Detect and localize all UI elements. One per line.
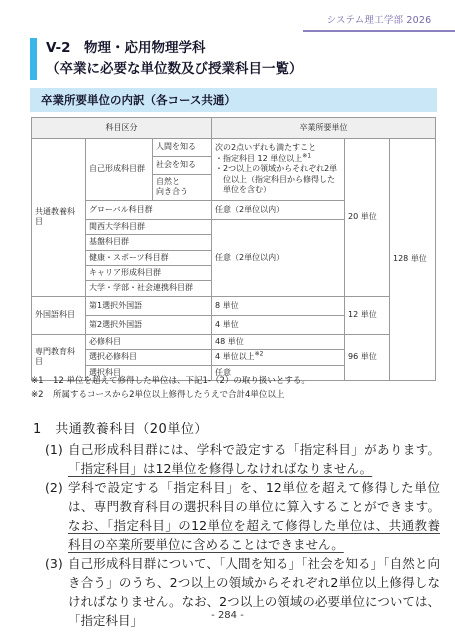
cell-foreign-second-requirement: 4 単位 — [212, 315, 345, 334]
table-row: 共通教養科目 自己形成科目群 人間を知る 次の2点いずれも満たすこと ・指定科目… — [32, 139, 436, 157]
cell-foreign-second: 第2選択外国語 — [86, 315, 212, 334]
footnote-2: ※2 所属するコースから2単位以上修得したうえで合計4単位以上 — [31, 388, 437, 402]
self-req-item1: ・指定科目 12 単位以上※1 — [215, 154, 341, 164]
title-line-1: V-2 物理・応用物理学科 — [46, 38, 303, 59]
cell-common-subtotal: 20 単位 — [345, 139, 390, 297]
table-row: 専門教育科目 必修科目 48 単位 96 単位 — [32, 334, 436, 349]
cell-grand-total: 128 単位 — [390, 139, 436, 381]
section-banner: 卒業所要単位の内訳（各コース共通） — [30, 88, 437, 112]
table-row: 外国語科目 第1選択外国語 8 単位 12 単位 — [32, 296, 436, 315]
credits-table: 科目区分 卒業所要単位 共通教養科目 自己形成科目群 人間を知る 次の2点いずれ… — [31, 117, 436, 381]
paragraph-1: (1)自己形成科目群には、学科で設定する「指定科目」があります。「指定科目」は1… — [30, 440, 440, 478]
cell-global-requirement: 任意（2単位以内） — [212, 200, 345, 219]
footnote-1-marker: ※1 — [31, 374, 53, 388]
title-line-2: （卒業に必要な単位数及び授業科目一覧） — [46, 59, 303, 80]
cell-foreign-first-requirement: 8 単位 — [212, 296, 345, 315]
cell-health-group: 健康・スポーツ科目群 — [86, 250, 212, 265]
cell-required-sub: 必修科目 — [86, 334, 212, 349]
self-req-line1: 次の2点いずれも満たすこと — [215, 143, 341, 153]
paragraph-3-number: (3) — [45, 554, 63, 573]
footnote-1-text: 12 単位を超えて修得した単位は、下記1-（2）の取り扱いとする。 — [53, 374, 310, 388]
department-title: V-2 物理・応用物理学科 （卒業に必要な単位数及び授業科目一覧） — [46, 38, 303, 80]
footnote-2-text: 所属するコースから2単位以上修得したうえで合計4単位以上 — [53, 388, 284, 402]
paragraph-2-underlined-text: なお、「指定科目」の12単位を超えて修得した単位は、共通教養科目の卒業所要単位に… — [68, 518, 440, 552]
cell-required-requirement: 48 単位 — [212, 334, 345, 349]
title-accent-bar — [30, 38, 37, 80]
header-required-units: 卒業所要単位 — [212, 118, 436, 139]
self-req-item2: ・2つ以上の領域からそれぞれ2単位以上（指定科目から修得した単位を含む） — [215, 164, 341, 195]
cell-domain-society: 社会を知る — [153, 157, 212, 175]
paragraph-1-text: 自己形成科目群には、学科で設定する「指定科目」があります。 — [68, 442, 440, 457]
cell-self-formation-group: 自己形成科目群 — [86, 139, 153, 201]
cell-foundation-group: 基盤科目群 — [86, 235, 212, 250]
table-footnotes: ※1 12 単位を超えて修得した単位は、下記1-（2）の取り扱いとする。 ※2 … — [31, 374, 437, 402]
cell-foreign-subtotal: 12 単位 — [345, 296, 390, 334]
cell-foreign-category: 外国語科目 — [32, 296, 86, 334]
table-header-row: 科目区分 卒業所要単位 — [32, 118, 436, 139]
document-page: システム理工学部 2026 V-2 物理・応用物理学科 （卒業に必要な単位数及び… — [0, 0, 455, 644]
cell-other-groups-requirement: 任意（2単位以内） — [212, 219, 345, 296]
cell-elective-required-sub: 選択必修科目 — [86, 350, 212, 365]
paragraph-2-text: 学科で設定する「指定科目」を、12単位を超えて修得した単位は、専門教育科目の選択… — [68, 480, 440, 514]
cell-kansai-group: 関西大学科目群 — [86, 219, 212, 234]
cell-career-group: キャリア形成科目群 — [86, 265, 212, 280]
cell-self-formation-requirement: 次の2点いずれも満たすこと ・指定科目 12 単位以上※1 ・2つ以上の領域から… — [212, 139, 345, 201]
cell-elective-required-requirement: 4 単位以上※2 — [212, 350, 345, 365]
footnote-ref-1: ※1 — [302, 152, 311, 159]
footnote-1: ※1 12 単位を超えて修得した単位は、下記1-（2）の取り扱いとする。 — [31, 374, 437, 388]
cell-univ-group: 大学・学部・社会連携科目群 — [86, 281, 212, 296]
edition-label: システム理工学部 2026 — [303, 12, 455, 32]
cell-domain-human: 人間を知る — [153, 139, 212, 157]
cell-foreign-first: 第1選択外国語 — [86, 296, 212, 315]
department-title-block: V-2 物理・応用物理学科 （卒業に必要な単位数及び授業科目一覧） — [30, 38, 303, 80]
paragraph-1-number: (1) — [45, 440, 63, 459]
cell-common-category: 共通教養科目 — [32, 139, 86, 297]
section-heading: 1 共通教養科目（20単位） — [33, 418, 208, 437]
paragraph-2-number: (2) — [45, 478, 63, 497]
footnote-ref-2: ※2 — [255, 350, 264, 357]
page-number: - 284 - — [0, 610, 455, 621]
section-body: (1)自己形成科目群には、学科で設定する「指定科目」があります。「指定科目」は1… — [30, 440, 440, 630]
cell-domain-nature: 自然と 向き合う — [153, 175, 212, 201]
footnote-2-marker: ※2 — [31, 388, 53, 402]
header-category: 科目区分 — [32, 118, 212, 139]
paragraph-2: (2)学科で設定する「指定科目」を、12単位を超えて修得した単位は、専門教育科目… — [30, 478, 440, 554]
cell-global-group: グローバル科目群 — [86, 200, 212, 219]
paragraph-1-underlined-text: 「指定科目」は12単位を修得しなければなりません。 — [68, 461, 372, 476]
